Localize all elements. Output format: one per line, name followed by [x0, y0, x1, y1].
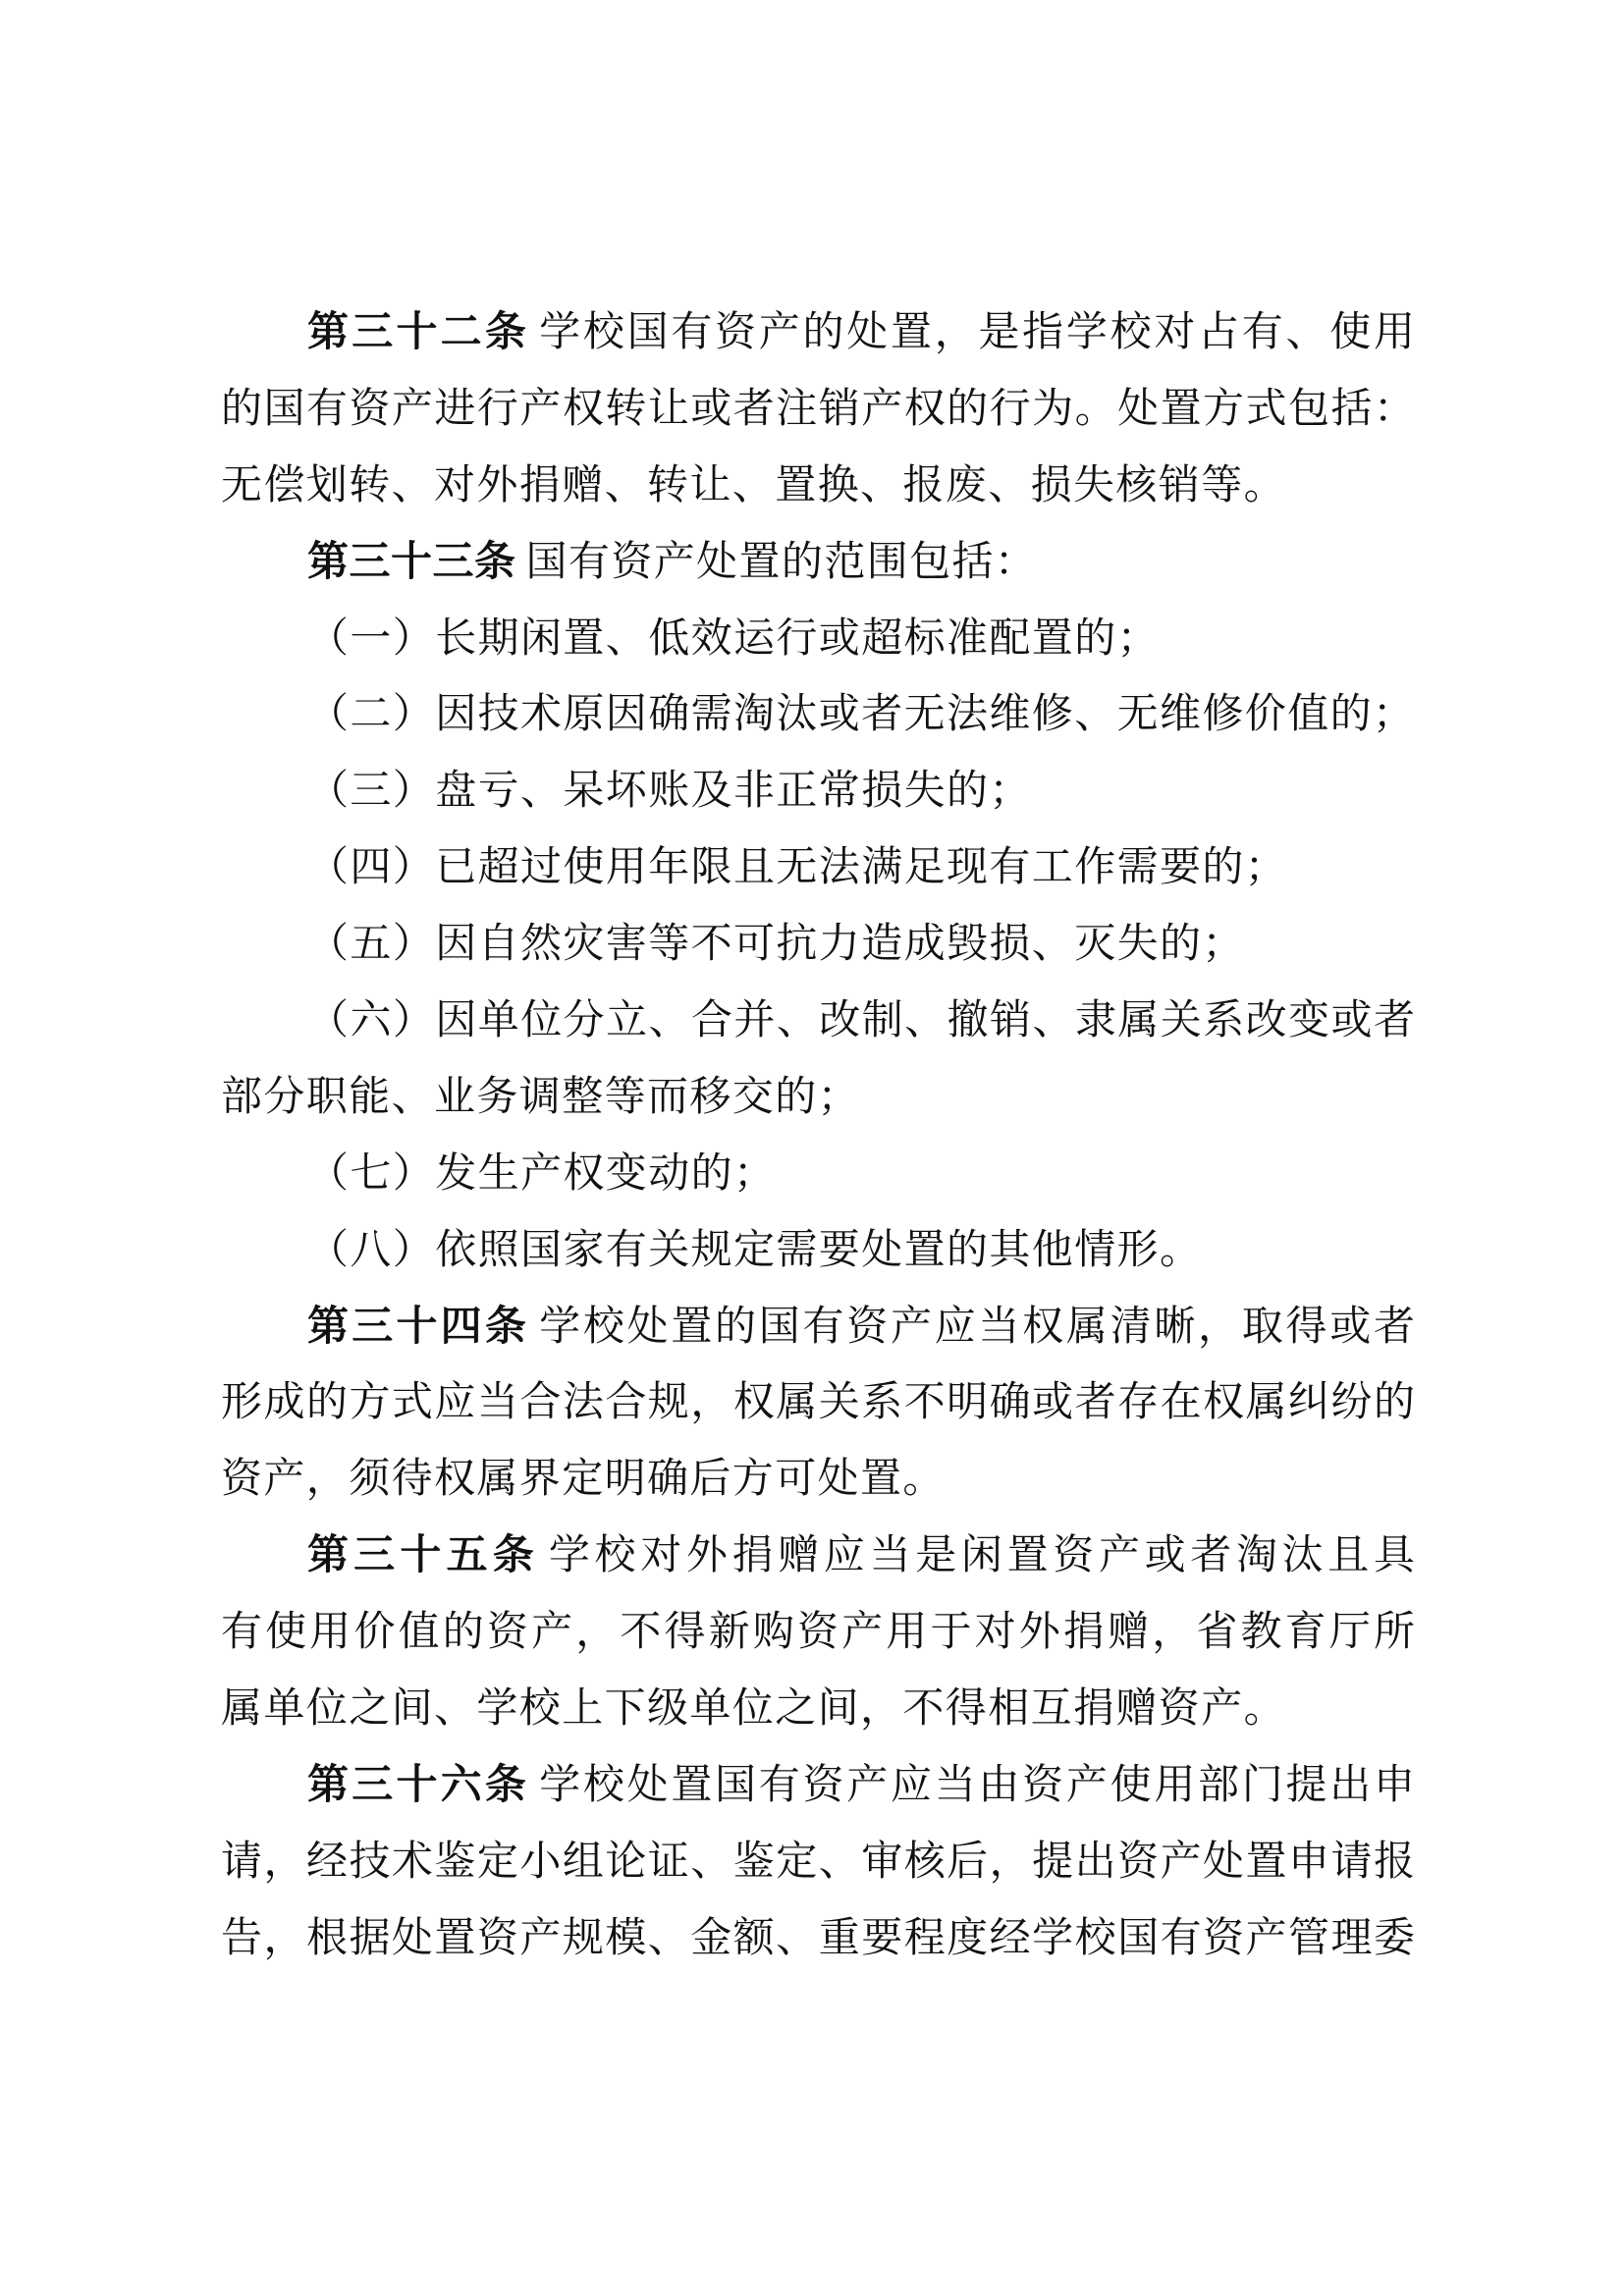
article-text: 告，根据处置资产规模、金额、重要程度经学校国有资产管理委 [221, 1899, 1415, 1976]
list-item-text: （六）因单位分立、合并、改制、撤销、隶属关系改变或者 [307, 982, 1415, 1058]
list-item-text: （一）长期闲置、低效运行或超标准配置的； [307, 614, 1160, 662]
article-34-line-1: 第三十四条学校处置的国有资产应当权属清晰，取得或者 [221, 1288, 1415, 1364]
article-text: 学校处置国有资产应当由资产使用部门提出申 [539, 1760, 1415, 1808]
list-item: （五）因自然灾害等不可抗力造成毁损、灭失的； [221, 905, 1415, 982]
document-body: 第三十二条学校国有资产的处置，是指学校对占有、使用 的国有资产进行产权转让或者注… [221, 294, 1415, 1976]
article-heading: 第三十四条 [307, 1302, 529, 1350]
article-text: 国有资产处置的范围包括： [526, 537, 1038, 585]
article-32-line-2: 的国有资产进行产权转让或者注销产权的行为。处置方式包括： [221, 370, 1415, 447]
list-item-text: （二）因技术原因确需淘汰或者无法维修、无维修价值的； [307, 689, 1415, 737]
article-heading: 第三十二条 [307, 307, 529, 355]
article-text: 学校国有资产的处置，是指学校对占有、使用 [539, 307, 1415, 355]
article-text: 的国有资产进行产权转让或者注销产权的行为。处置方式包括： [221, 370, 1415, 447]
list-item-text: （五）因自然灾害等不可抗力造成毁损、灭失的； [307, 919, 1245, 967]
list-item: （三）盘亏、呆坏账及非正常损失的； [221, 752, 1415, 828]
list-item-text: （四）已超过使用年限且无法满足现有工作需要的； [307, 842, 1287, 890]
article-heading: 第三十三条 [307, 537, 516, 585]
article-text: 请，经技术鉴定小组论证、鉴定、审核后，提出资产处置申请报 [221, 1823, 1415, 1899]
list-item-text: 部分职能、业务调整等而移交的； [221, 1072, 860, 1120]
article-heading: 第三十六条 [307, 1760, 529, 1808]
article-32-line-1: 第三十二条学校国有资产的处置，是指学校对占有、使用 [221, 294, 1415, 370]
list-item: （四）已超过使用年限且无法满足现有工作需要的； [221, 828, 1415, 905]
list-item: （六）因单位分立、合并、改制、撤销、隶属关系改变或者 [221, 982, 1415, 1058]
article-heading: 第三十五条 [307, 1530, 539, 1578]
list-item-continuation: 部分职能、业务调整等而移交的； [221, 1058, 1415, 1135]
article-text: 学校对外捐赠应当是闲置资产或者淘汰且具 [549, 1530, 1415, 1578]
article-text: 属单位之间、学校上下级单位之间，不得相互捐赠资产。 [221, 1683, 1286, 1732]
article-36-line-1: 第三十六条学校处置国有资产应当由资产使用部门提出申 [221, 1746, 1415, 1823]
list-item: （二）因技术原因确需淘汰或者无法维修、无维修价值的； [221, 675, 1415, 752]
article-36-line-2: 请，经技术鉴定小组论证、鉴定、审核后，提出资产处置申请报 [221, 1823, 1415, 1899]
article-33-line-1: 第三十三条国有资产处置的范围包括： [221, 523, 1415, 600]
list-item-text: （七）发生产权变动的； [307, 1148, 776, 1197]
article-text: 形成的方式应当合法合规，权属关系不明确或者存在权属纠纷的 [221, 1363, 1415, 1440]
list-item-text: （三）盘亏、呆坏账及非正常损失的； [307, 766, 1032, 814]
article-34-line-3: 资产，须待权属界定明确后方可处置。 [221, 1440, 1415, 1517]
list-item: （七）发生产权变动的； [221, 1135, 1415, 1211]
list-item: （八）依照国家有关规定需要处置的其他情形。 [221, 1211, 1415, 1288]
list-item: （一）长期闲置、低效运行或超标准配置的； [221, 600, 1415, 676]
article-35-line-1: 第三十五条学校对外捐赠应当是闲置资产或者淘汰且具 [221, 1517, 1415, 1593]
article-text: 学校处置的国有资产应当权属清晰，取得或者 [539, 1302, 1415, 1350]
article-text: 无偿划转、对外捐赠、转让、置换、报废、损失核销等。 [221, 460, 1286, 508]
article-36-line-3: 告，根据处置资产规模、金额、重要程度经学校国有资产管理委 [221, 1899, 1415, 1976]
list-item-text: （八）依照国家有关规定需要处置的其他情形。 [307, 1225, 1202, 1273]
article-34-line-2: 形成的方式应当合法合规，权属关系不明确或者存在权属纠纷的 [221, 1363, 1415, 1440]
article-32-line-3: 无偿划转、对外捐赠、转让、置换、报废、损失核销等。 [221, 447, 1415, 523]
article-35-line-2: 有使用价值的资产，不得新购资产用于对外捐赠，省教育厅所 [221, 1593, 1415, 1670]
article-text: 有使用价值的资产，不得新购资产用于对外捐赠，省教育厅所 [221, 1593, 1415, 1670]
article-35-line-3: 属单位之间、学校上下级单位之间，不得相互捐赠资产。 [221, 1670, 1415, 1746]
document-page: 第三十二条学校国有资产的处置，是指学校对占有、使用 的国有资产进行产权转让或者注… [0, 0, 1624, 2296]
article-text: 资产，须待权属界定明确后方可处置。 [221, 1454, 946, 1502]
